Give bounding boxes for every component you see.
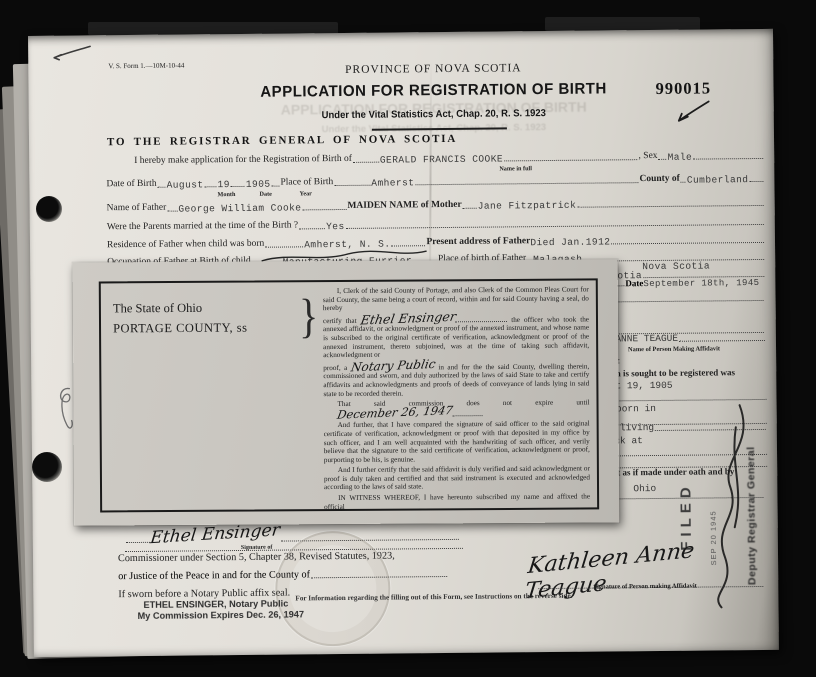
fragment-birth-registered: Birth is sought to be registered was xyxy=(600,367,735,378)
form-line-2: Date of Birth August 19 1905 Place of Bi… xyxy=(106,173,764,190)
teague-signature-label: Signature of Person making Affidavit xyxy=(593,583,697,591)
scanned-document-photo: { "header": { "form_number": "V. S. Form… xyxy=(0,0,816,677)
notary-stamp-line-1: ETHEL ENSINGER, Notary Public xyxy=(143,599,288,610)
value-father-name: George William Cooke xyxy=(178,202,301,214)
value-birth-year: 1905 xyxy=(246,179,271,190)
value-present-address: Died Jan.1912 xyxy=(530,236,610,248)
affidavit-seal-line: seal of said Court at Ravenna, Ohio, afo… xyxy=(324,511,590,513)
pencil-arrow-mark xyxy=(50,43,94,61)
addressee-line: TO THE REGISTRAR GENERAL OF NOVA SCOTIA xyxy=(107,133,457,148)
day-of-label: day of xyxy=(503,511,521,512)
punch-hole-bottom xyxy=(32,452,62,482)
form-line-3: Name of Father George William Cooke MAID… xyxy=(107,197,765,214)
day-script: 17 xyxy=(474,511,490,512)
sublabel-date: Date xyxy=(259,191,271,198)
form-line-5: Residence of Father when child was born … xyxy=(107,234,765,251)
notary-stamp-line-2: My Commission Expires Dec. 26, 1947 xyxy=(138,609,305,621)
value-name-in-full: GERALD FRANCIS COOKE xyxy=(380,153,503,165)
sublabel-year: Year xyxy=(299,190,311,197)
value-sex: Male xyxy=(668,152,693,163)
form-number: V. S. Form 1.—10M-10-44 xyxy=(108,62,184,71)
value-mother-name: Jane Fitzpatrick xyxy=(478,200,577,212)
affidavit-expiry-paragraph: That said commission does not expire unt… xyxy=(323,399,589,420)
label-date-of-birth: Date of Birth xyxy=(106,179,156,190)
fragment-row: N ANNE TEAGUE xyxy=(604,332,766,345)
affidavit-paragraph-5: And further, that I have compared the si… xyxy=(324,420,590,465)
serial-number: 990015 xyxy=(655,78,711,99)
sublabel-month: Month xyxy=(217,191,235,198)
value-parents-married: Yes xyxy=(326,221,345,232)
form-line-1: I hereby make application for the Regist… xyxy=(106,150,764,167)
county-heading: PORTAGE COUNTY, ss xyxy=(113,321,248,337)
affidavit-border-box: The State of Ohio PORTAGE COUNTY, ss } I… xyxy=(99,278,599,512)
brace-glyph: } xyxy=(299,287,319,344)
affidavit-card: The State of Ohio PORTAGE COUNTY, ss } I… xyxy=(73,259,620,525)
province-heading: PROVINCE OF NOVA SCOTIA xyxy=(183,61,683,78)
expiry-date-script: December 26, 1947 xyxy=(322,406,453,420)
label-residence: Residence of Father when child was born xyxy=(107,239,264,252)
dotted-row xyxy=(605,292,763,303)
label-parents-married: Were the Parents married at the time of … xyxy=(107,220,298,233)
label-present-address: Present address of Father xyxy=(426,236,530,248)
affidavit-certify-paragraph: certify that Ethel Ensinger the officer … xyxy=(323,313,589,360)
value-birth-day: 19 xyxy=(217,179,229,190)
value-birth-month: August xyxy=(167,179,204,190)
sublabel-name-in-full: Name in full xyxy=(499,165,532,172)
main-paper: V. S. Form 1.—10M-10-44 PROVINCE OF NOVA… xyxy=(28,29,779,657)
officer-name-script: Ethel Ensinger xyxy=(360,312,457,324)
proof-label: proof, a xyxy=(323,364,347,372)
value-place-of-birth: Amherst xyxy=(371,177,414,188)
officer-title-script: Notary Public xyxy=(350,360,436,372)
month-script: Sept xyxy=(520,511,547,513)
year-prefix: 194 xyxy=(556,511,567,513)
label-maiden-name: MAIDEN NAME of Mother xyxy=(347,200,461,212)
certify-label: certify that xyxy=(323,317,357,325)
label-date: Date xyxy=(625,278,643,288)
label-place-of-birth: Place of Birth xyxy=(280,177,333,189)
state-heading: The State of Ohio xyxy=(113,301,202,317)
label-county: County of xyxy=(639,174,679,185)
label-sex: , Sex xyxy=(638,151,657,162)
value-date: September 18th, 1945 xyxy=(643,278,759,289)
form-line-4: Were the Parents married at the time of … xyxy=(107,216,765,233)
affidavit-text-column: I, Clerk of the said County of Portage, … xyxy=(323,285,591,512)
signature-of-label: Signature of xyxy=(241,545,272,551)
embossed-seal xyxy=(275,531,391,647)
affidavit-proof-paragraph: proof, a Notary Public in and for the th… xyxy=(323,360,589,398)
affidavit-paragraph-6: And I further certify that the said affi… xyxy=(324,465,590,492)
year-script: 5 xyxy=(566,511,575,513)
value-county: Cumberland xyxy=(687,174,749,186)
seal-line-text: seal of said Court at Ravenna, Ohio, afo… xyxy=(324,511,469,512)
affidavit-paragraph-7: IN WITNESS WHEREOF, I have hereunto subs… xyxy=(324,493,590,512)
punch-hole-top xyxy=(36,196,62,222)
label-registration-of: I hereby make application for the Regist… xyxy=(134,154,352,167)
serial-checkmark xyxy=(671,98,713,124)
label-person-making-affidavit: Name of Person Making Affidavit xyxy=(628,345,720,353)
date-line: Date September 18th, 1945 xyxy=(605,277,765,289)
label-name-of-father: Name of Father xyxy=(107,203,167,215)
